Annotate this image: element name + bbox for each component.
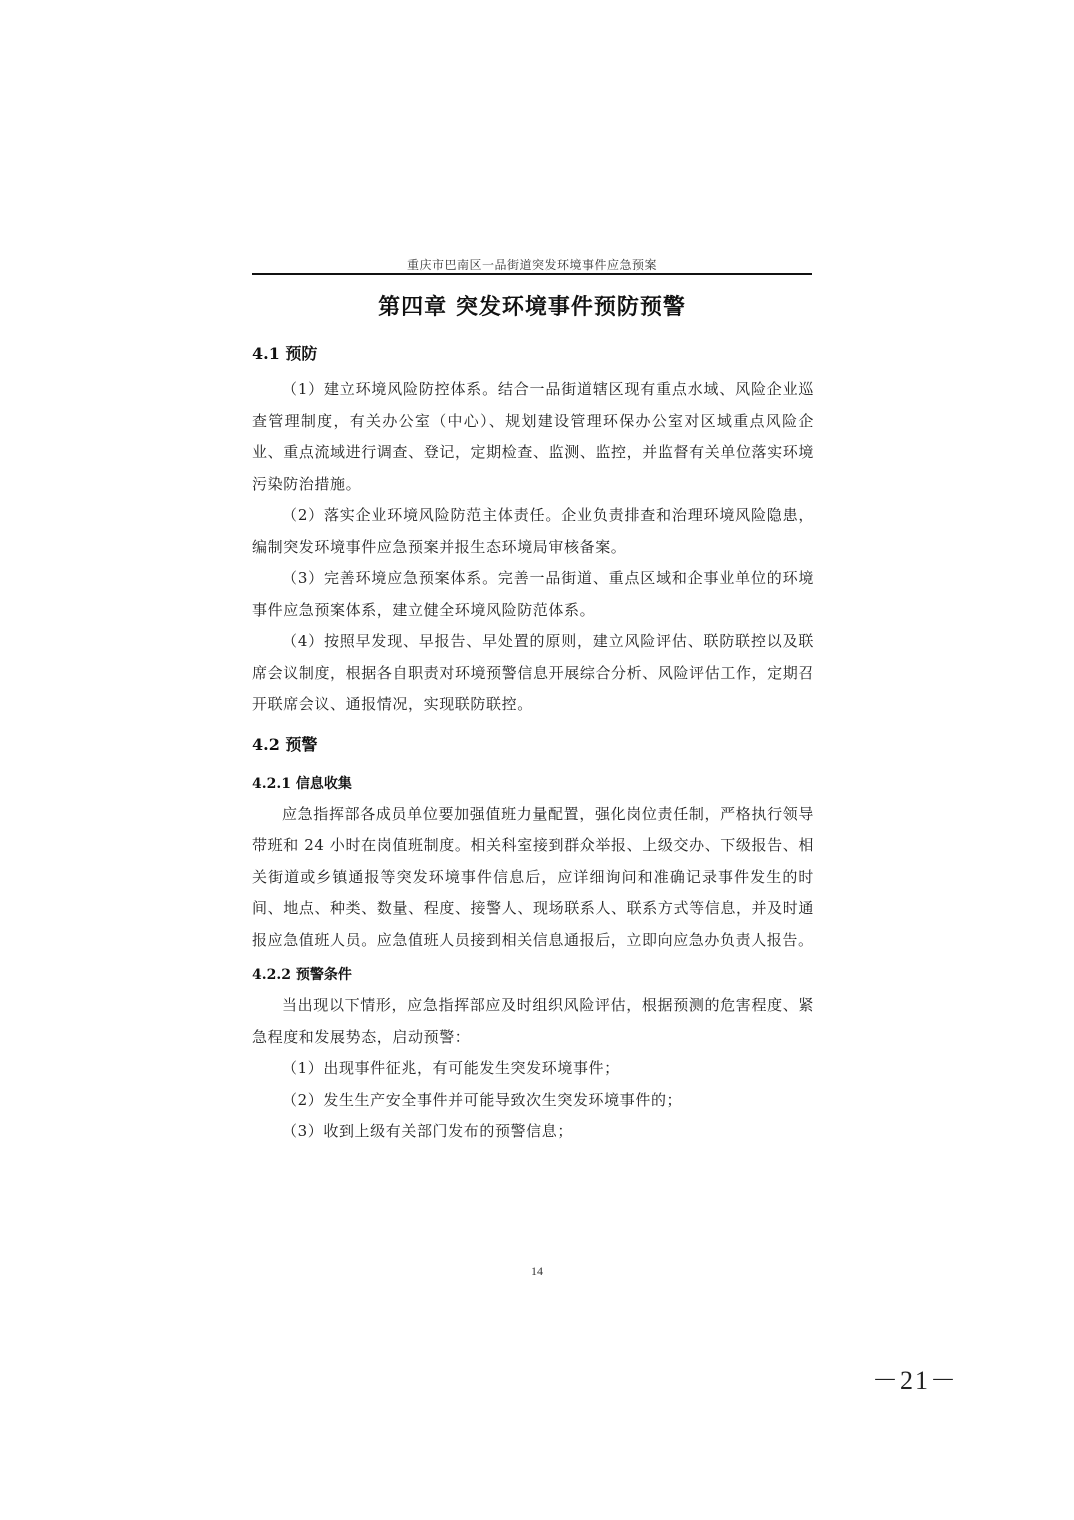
body-content: 4.1 预防 （1）建立环境风险防控体系。结合一品街道辖区现有重点水域、风险企业… — [252, 338, 814, 1148]
paragraph: （4）按照早发现、早报告、早处置的原则，建立风险评估、联防联控以及联席会议制度，… — [252, 626, 814, 721]
document-page: 重庆市巴南区一品街道突发环境事件应急预案 第四章 突发环境事件预防预警 4.1 … — [0, 0, 1074, 1520]
spacer — [252, 761, 814, 769]
section-heading-4-2: 4.2 预警 — [252, 729, 814, 761]
inner-page-number: 14 — [0, 1264, 1074, 1279]
spacer — [252, 721, 814, 729]
paragraph: 当出现以下情形，应急指挥部应及时组织风险评估，根据预测的危害程度、紧急程度和发展… — [252, 990, 814, 1053]
subsection-heading-4-2-2: 4.2.2 预警条件 — [252, 960, 814, 990]
paragraph: （2）落实企业环境风险防范主体责任。企业负责排查和治理环境风险隐患，编制突发环境… — [252, 500, 814, 563]
section-heading-4-1: 4.1 预防 — [252, 338, 814, 370]
list-item: （3）收到上级有关部门发布的预警信息； — [252, 1116, 814, 1148]
header-rule — [252, 273, 812, 275]
list-item: （2）发生生产安全事件并可能导致次生突发环境事件的； — [252, 1085, 814, 1117]
paragraph: （3）完善环境应急预案体系。完善一品街道、重点区域和企事业单位的环境事件应急预案… — [252, 563, 814, 626]
paragraph: （1）建立环境风险防控体系。结合一品街道辖区现有重点水域、风险企业巡查管理制度，… — [252, 374, 814, 500]
outer-page-number: －21－ — [872, 1360, 958, 1397]
list-item: （1）出现事件征兆，有可能发生突发环境事件； — [252, 1053, 814, 1085]
subsection-heading-4-2-1: 4.2.1 信息收集 — [252, 769, 814, 799]
paragraph: 应急指挥部各成员单位要加强值班力量配置，强化岗位责任制，严格执行领导带班和 24… — [252, 799, 814, 957]
running-header: 重庆市巴南区一品街道突发环境事件应急预案 — [252, 256, 812, 273]
chapter-title: 第四章 突发环境事件预防预警 — [252, 290, 812, 321]
